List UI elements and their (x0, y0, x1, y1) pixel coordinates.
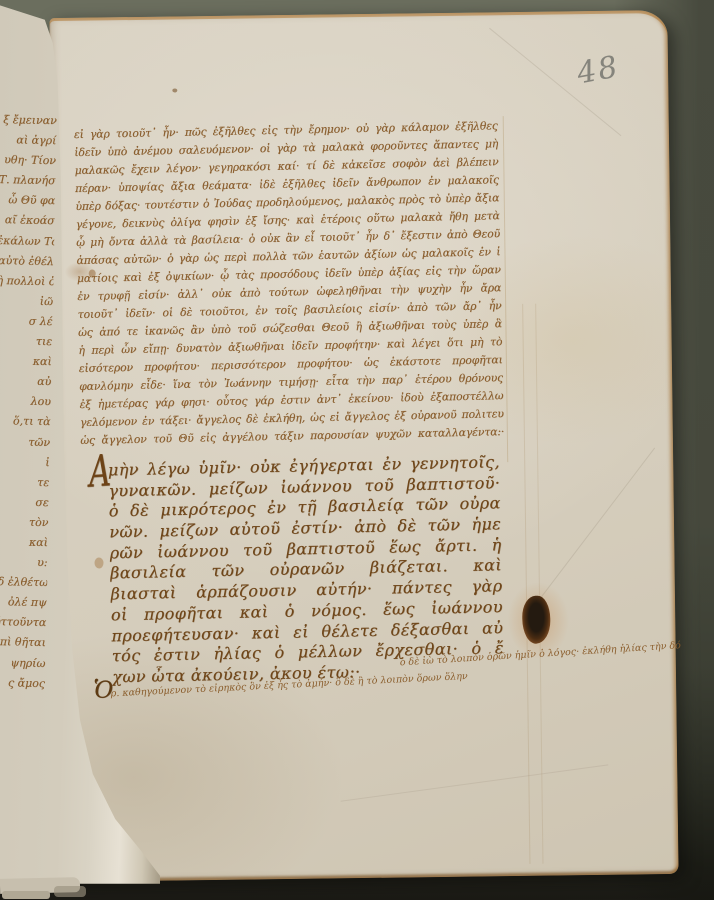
left-page-text-fragment: υ: (0, 552, 48, 573)
left-page-text-fragment: αὶ ἀγρί (0, 130, 57, 151)
stain-spot (89, 269, 96, 277)
left-page-text-fragment: καὶ (0, 351, 52, 372)
left-page-text-fragment: σε (0, 492, 49, 513)
left-page-text-fragment: Τ. πλανήσ (0, 170, 56, 191)
left-page-text-fragment: τὸν (0, 512, 49, 533)
left-page-text-fragment: αῖ ἐκοάσ (0, 210, 55, 231)
ink-blot (522, 596, 551, 644)
left-page-text-fragment: ὀλέ πψ (0, 592, 47, 613)
facing-page-text-fragments: ξ ἔμειναναὶ ἀγρίυθη· ΤίονΤ. πλανήσὧ Θῦ φ… (0, 110, 57, 694)
stain-spot (172, 88, 177, 92)
page-stack-edge (2, 891, 50, 899)
left-page-text-fragment: ὧ Θῦ φα (0, 190, 55, 211)
left-page-text-fragment: ψηρίω (0, 652, 46, 673)
left-page-text-fragment: καὶ (0, 532, 48, 553)
left-page-text-fragment: ἐκάλων Τοῦ (0, 231, 54, 252)
left-page-text-fragment: σ λέ (0, 311, 53, 332)
left-page-text-fragment: λου (0, 391, 51, 412)
left-page-text-fragment: αδ ἐλθέτω (0, 572, 47, 593)
manuscript-page: 48 εἰ γὰρ τοιοῦτ᾿ ἦν· πῶς ἐξῆλθες εἰς τὴ… (49, 10, 678, 882)
left-page-text-fragment: τε (0, 472, 49, 493)
left-page-text-fragment: πὶ θῆται (0, 632, 46, 653)
writing-area: εἰ γὰρ τοιοῦτ᾿ ἦν· πῶς ἐξῆλθες εἰς τὴν ἔ… (48, 6, 684, 883)
stain-spot (94, 557, 103, 568)
left-page-text-fragment: ἰῶ (0, 291, 53, 312)
left-page-text-fragment: ξ ἔμειναν (0, 110, 57, 131)
left-page-text-fragment: αὐτὸ ἐθέλ (0, 251, 54, 272)
left-page-text-fragment: ἢ πολλοὶ ὁ (0, 271, 54, 292)
left-page-text-fragment: τῶν (0, 431, 50, 452)
left-page-text-fragment: ήττοῦντα (0, 612, 46, 633)
manuscript-photo: 48 εἰ γὰρ τοιοῦτ᾿ ἦν· πῶς ἐξῆλθες εἰς τὴ… (0, 0, 714, 900)
left-page-text-fragment: αὐ (0, 371, 52, 392)
left-page-text-fragment: τιε (0, 331, 52, 352)
left-page-text-fragment: υθη· Τίον (0, 150, 56, 171)
gospel-text-block: μὴν λέγω ὑμῖν· οὐκ ἐγήγερται ἐν γεννητοῖ… (108, 452, 505, 688)
left-page-text-fragment: ὅ,τι τὰ (0, 411, 51, 432)
left-page-text-fragment: ἰ (0, 452, 50, 473)
left-page-text-fragment: ς ἄμος (0, 673, 45, 694)
commentary-text-block: εἰ γὰρ τοιοῦτ᾿ ἦν· πῶς ἐξῆλθες εἰς τὴν ἔ… (74, 117, 505, 450)
page-stack-edge (54, 886, 86, 897)
